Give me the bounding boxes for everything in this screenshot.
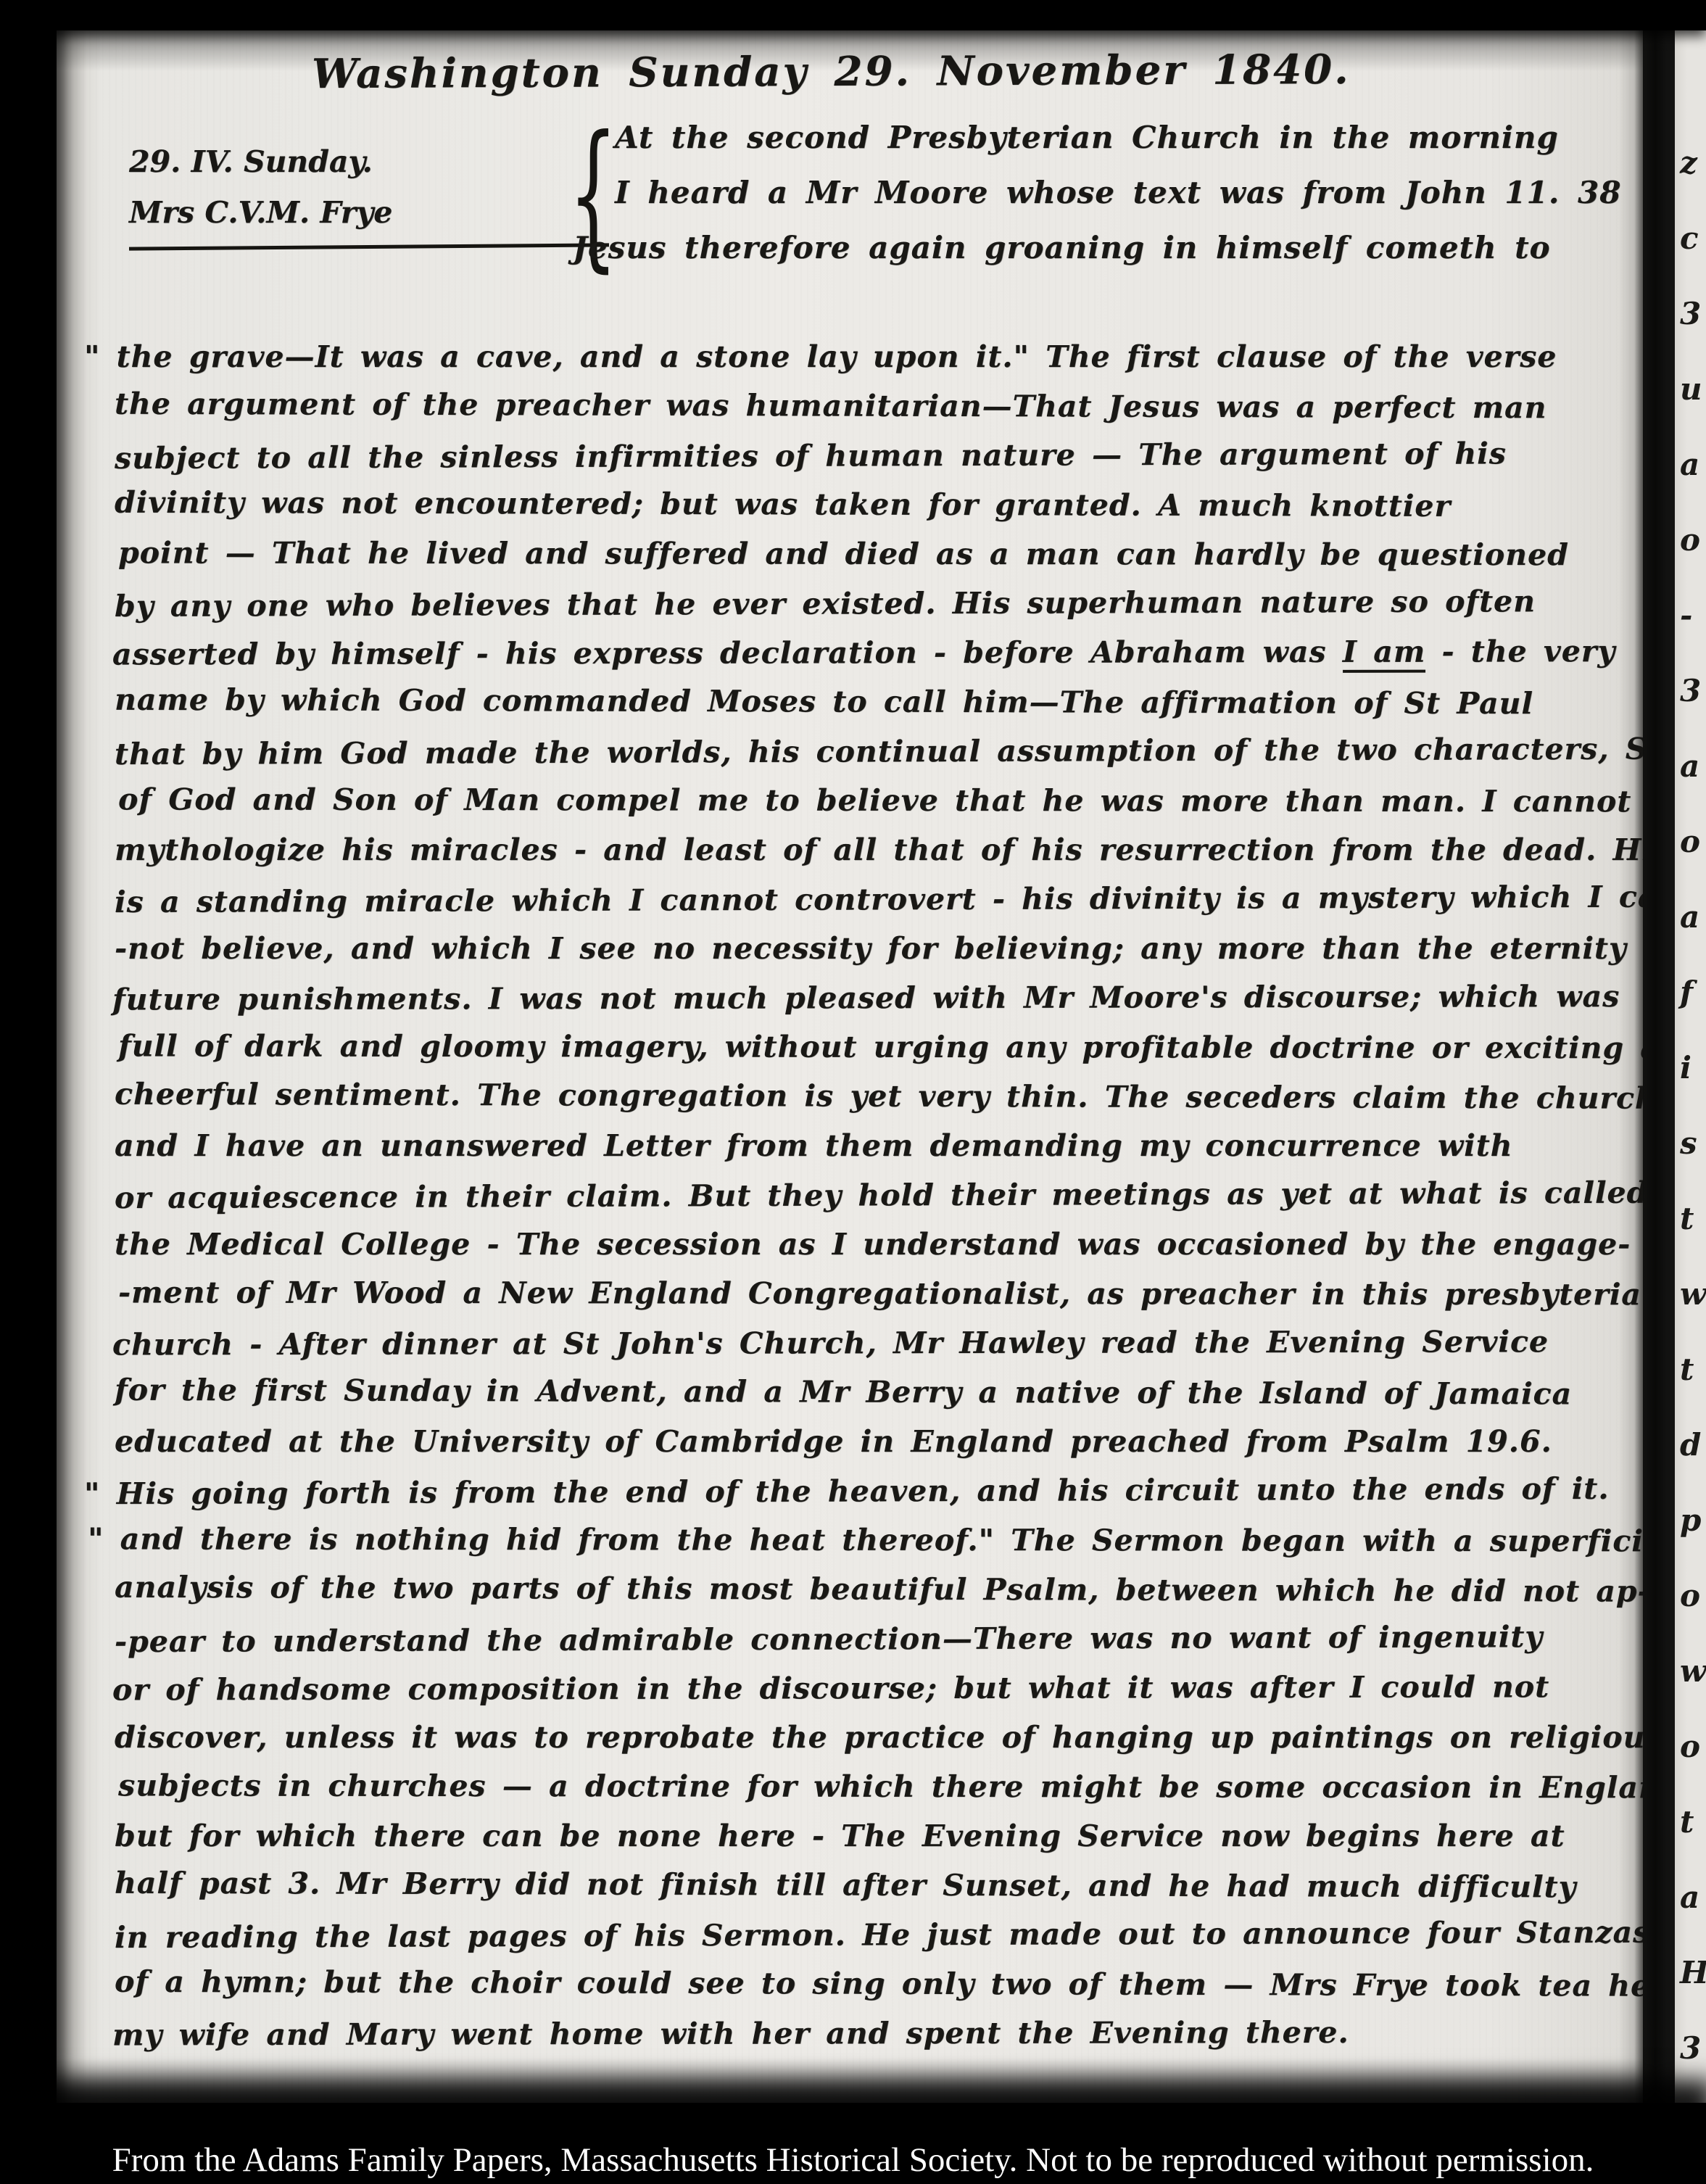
facing-page-line-fragment: o [1675, 1578, 1706, 1653]
facing-page-line-fragment: 3 [1675, 296, 1706, 371]
manuscript-line: mythologize his miracles - and least of … [115, 825, 1643, 874]
facing-page-line-fragment: o [1675, 522, 1706, 597]
manuscript-line: -pear to understand the admirable connec… [115, 1611, 1643, 1666]
facing-page-line-fragment: t [1675, 1352, 1706, 1427]
margin-underline-rule [129, 243, 609, 250]
manuscript-line: that by him God made the worlds, his con… [115, 724, 1643, 779]
manuscript-line: " the grave—It was a cave, and a stone l… [115, 332, 1643, 381]
film-border-left [0, 0, 57, 2184]
manuscript-line: discover, unless it was to reprobate the… [115, 1713, 1643, 1762]
manuscript-line: point — That he lived and suffered and d… [118, 528, 1643, 579]
manuscript-line: of God and Son of Man compel me to belie… [118, 774, 1643, 826]
manuscript-line: and I have an unanswered Letter from the… [115, 1121, 1643, 1170]
facing-page-line-fragment: d [1675, 1427, 1706, 1502]
manuscript-line: -ment of Mr Wood a New England Congregat… [118, 1267, 1643, 1319]
facing-page-line-fragment: p [1675, 1502, 1706, 1578]
entry-dateline: Washington Sunday 29. November 1840. [312, 46, 1351, 98]
manuscript-line: name by which God commanded Moses to cal… [115, 675, 1643, 729]
margin-name: Mrs C.V.M. Frye [129, 187, 609, 238]
manuscript-line: " His going forth is from the end of the… [115, 1463, 1643, 1518]
facing-page-line-fragment: o [1675, 824, 1706, 899]
manuscript-line: church - After dinner at St John's Churc… [112, 1317, 1643, 1370]
facing-page-line-fragment: 3 [1675, 673, 1706, 748]
binding-gutter [1634, 0, 1675, 2184]
facing-page-line-fragment: 3 [1675, 2030, 1706, 2106]
archive-caption: From the Adams Family Papers, Massachuse… [0, 2140, 1706, 2180]
facing-page-line-fragment: - [1675, 597, 1706, 673]
manuscript-line: subject to all the sinless infirmities o… [115, 428, 1643, 483]
margin-note: 29. IV. Sunday. Mrs C.V.M. Frye [129, 136, 609, 249]
facing-page-line-fragment: w [1675, 1653, 1706, 1729]
manuscript-line: educated at the University of Cambridge … [115, 1417, 1643, 1466]
facing-page-line-fragment: c [1675, 220, 1706, 296]
facing-page-sliver: zc3uao-3aoafistwtdpowotaH3 [1675, 29, 1706, 2120]
manuscript-line: of a hymn; but the choir could see to si… [115, 1957, 1643, 2011]
manuscript-line: for the first Sunday in Advent, and a Mr… [115, 1365, 1643, 1419]
facing-page-line-fragment: u [1675, 371, 1706, 447]
facing-page-line-fragment: H [1675, 1955, 1706, 2030]
margin-date: 29. IV. Sunday. [129, 136, 609, 187]
line-text: asserted by himself - his express declar… [112, 634, 1343, 672]
facing-page-line-fragment: s [1675, 1125, 1706, 1201]
facing-page-line-fragment: a [1675, 748, 1706, 824]
manuscript-line: is a standing miracle which I cannot con… [115, 872, 1643, 927]
manuscript-line: the argument of the preacher was humanit… [115, 379, 1643, 433]
manuscript-line: half past 3. Mr Berry did not finish til… [115, 1858, 1643, 1912]
manuscript-line: -not believe, and which I see no necessi… [115, 924, 1643, 973]
manuscript-line: or of handsome composition in the discou… [112, 1662, 1643, 1715]
manuscript-line: At the second Presbyterian Church in the… [615, 110, 1621, 165]
manuscript-line: by any one who believes that he ever exi… [115, 576, 1643, 631]
facing-page-line-fragment: z [1675, 145, 1706, 220]
manuscript-page: Washington Sunday 29. November 1840. 29.… [57, 29, 1643, 2120]
facing-page-line-fragment: w [1675, 1276, 1706, 1352]
facing-page-line-fragment: a [1675, 899, 1706, 975]
manuscript-line: future punishments. I was not much pleas… [112, 972, 1643, 1025]
manuscript-line: the Medical College - The secession as I… [115, 1220, 1643, 1269]
facing-page-line-fragment: t [1675, 1804, 1706, 1879]
manuscript-line: but for which there can be none here - T… [115, 1811, 1643, 1861]
manuscript-line: in reading the last pages of his Sermon.… [115, 1907, 1643, 1962]
facing-page-line-fragment: f [1675, 975, 1706, 1050]
manuscript-line: divinity was not encountered; but was ta… [115, 478, 1643, 531]
manuscript-line: analysis of the two parts of this most b… [115, 1563, 1643, 1616]
facing-page-line-fragment: o [1675, 1729, 1706, 1804]
facing-page-line-fragment: a [1675, 1879, 1706, 1955]
manuscript-line: subjects in churches — a doctrine for wh… [118, 1761, 1643, 1812]
entry-body: " the grave—It was a cave, and a stone l… [115, 332, 1643, 2058]
line-text: - the very [1425, 634, 1615, 669]
manuscript-scan: Washington Sunday 29. November 1840. 29.… [0, 0, 1706, 2184]
underlined-words: I am [1343, 634, 1426, 673]
manuscript-line: I heard a Mr Moore whose text was from J… [615, 165, 1621, 220]
manuscript-line: Jesus therefore again groaning in himsel… [573, 220, 1621, 276]
facing-page-line-fragment: a [1675, 447, 1706, 522]
manuscript-line: full of dark and gloomy imagery, without… [118, 1021, 1643, 1072]
facing-page-line-fragment: i [1675, 1050, 1706, 1125]
manuscript-line: my wife and Mary went home with her and … [112, 2007, 1643, 2060]
manuscript-line-underlined-iam: asserted by himself - his express declar… [112, 626, 1643, 679]
film-border-top [0, 0, 1706, 30]
entry-opening: At the second Presbyterian Church in the… [573, 110, 1621, 276]
manuscript-line: " and there is nothing hid from the heat… [118, 1514, 1643, 1565]
facing-page-line-fragment: t [1675, 1201, 1706, 1276]
manuscript-line: cheerful sentiment. The congregation is … [115, 1070, 1643, 1123]
manuscript-line: or acquiescence in their claim. But they… [115, 1167, 1643, 1223]
